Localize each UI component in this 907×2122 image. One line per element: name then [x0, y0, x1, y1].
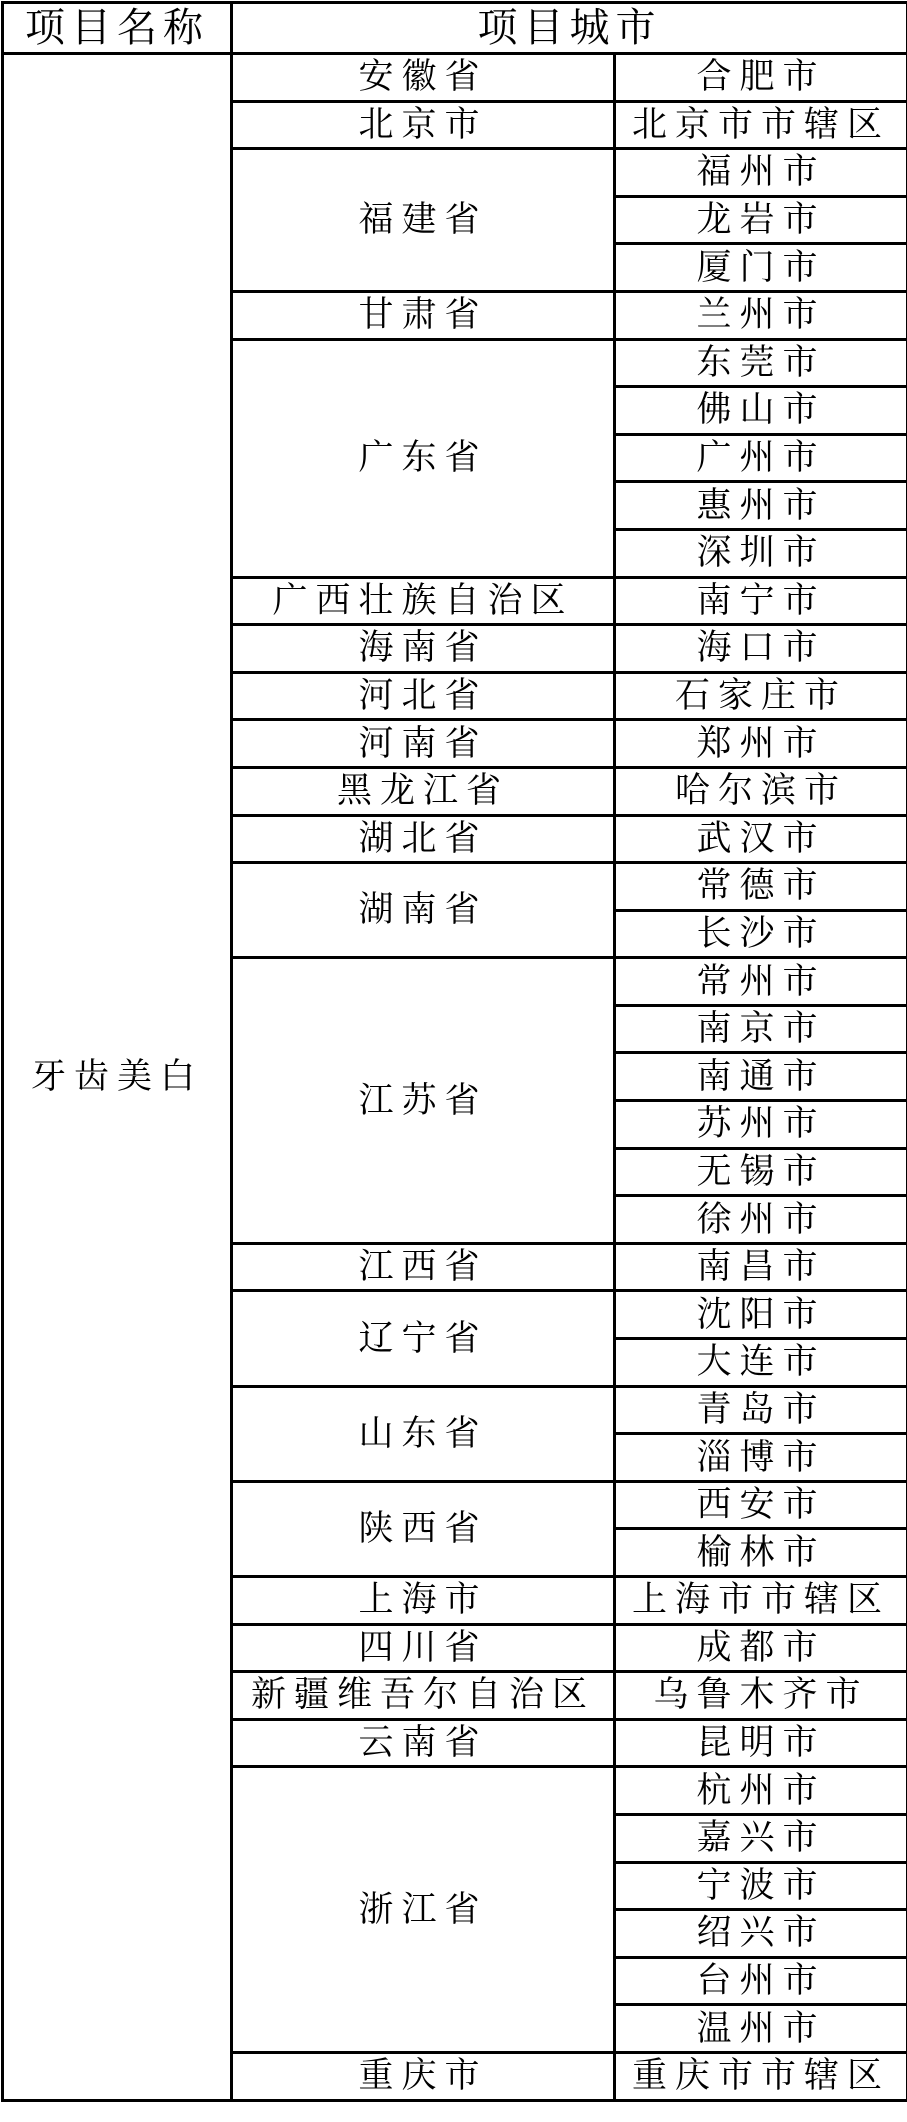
city-cell: 台州市 — [615, 1957, 907, 2005]
city-cell: 惠州市 — [615, 482, 907, 530]
province-cell: 重庆市 — [232, 2052, 615, 2100]
city-cell: 乌鲁木齐市 — [615, 1672, 907, 1720]
province-cell: 四川省 — [232, 1624, 615, 1672]
city-cell: 上海市市辖区 — [615, 1577, 907, 1625]
province-cell: 黑龙江省 — [232, 767, 615, 815]
province-cell: 福建省 — [232, 149, 615, 292]
province-cell: 北京市 — [232, 101, 615, 149]
city-cell: 榆林市 — [615, 1529, 907, 1577]
city-cell: 东莞市 — [615, 339, 907, 387]
city-cell: 昆明市 — [615, 1719, 907, 1767]
city-cell: 成都市 — [615, 1624, 907, 1672]
province-cell: 湖北省 — [232, 815, 615, 863]
province-cell: 广东省 — [232, 339, 615, 577]
city-cell: 杭州市 — [615, 1767, 907, 1815]
city-cell: 重庆市市辖区 — [615, 2052, 907, 2100]
city-cell: 武汉市 — [615, 815, 907, 863]
province-cell: 安徽省 — [232, 54, 615, 102]
province-cell: 江苏省 — [232, 958, 615, 1244]
city-cell: 温州市 — [615, 2005, 907, 2053]
province-cell: 山东省 — [232, 1386, 615, 1481]
project-city-table: 项目名称 项目城市 牙齿美白安徽省合肥市北京市北京市市辖区福建省福州市龙岩市厦门… — [1, 1, 907, 2102]
city-cell: 南宁市 — [615, 577, 907, 625]
city-cell: 苏州市 — [615, 1101, 907, 1149]
city-cell: 厦门市 — [615, 244, 907, 292]
province-cell: 湖南省 — [232, 863, 615, 958]
province-cell: 浙江省 — [232, 1767, 615, 2053]
table-row: 牙齿美白安徽省合肥市 — [3, 54, 907, 102]
city-cell: 南昌市 — [615, 1243, 907, 1291]
city-cell: 南京市 — [615, 1005, 907, 1053]
city-cell: 郑州市 — [615, 720, 907, 768]
table-body: 项目名称 项目城市 牙齿美白安徽省合肥市北京市北京市市辖区福建省福州市龙岩市厦门… — [3, 3, 907, 2101]
city-cell: 宁波市 — [615, 1862, 907, 1910]
city-cell: 常州市 — [615, 958, 907, 1006]
province-cell: 新疆维吾尔自治区 — [232, 1672, 615, 1720]
city-cell: 深圳市 — [615, 529, 907, 577]
province-cell: 海南省 — [232, 625, 615, 673]
city-cell: 徐州市 — [615, 1196, 907, 1244]
city-cell: 淄博市 — [615, 1434, 907, 1482]
header-project-city: 项目城市 — [232, 3, 907, 54]
city-cell: 福州市 — [615, 149, 907, 197]
province-cell: 上海市 — [232, 1577, 615, 1625]
city-cell: 合肥市 — [615, 54, 907, 102]
city-cell: 北京市市辖区 — [615, 101, 907, 149]
city-cell: 哈尔滨市 — [615, 767, 907, 815]
project-name-cell: 牙齿美白 — [3, 54, 232, 2101]
city-cell: 南通市 — [615, 1053, 907, 1101]
city-cell: 常德市 — [615, 863, 907, 911]
province-cell: 广西壮族自治区 — [232, 577, 615, 625]
province-cell: 陕西省 — [232, 1481, 615, 1576]
city-cell: 嘉兴市 — [615, 1814, 907, 1862]
province-cell: 辽宁省 — [232, 1291, 615, 1386]
city-cell: 绍兴市 — [615, 1910, 907, 1958]
city-cell: 兰州市 — [615, 291, 907, 339]
city-cell: 无锡市 — [615, 1148, 907, 1196]
province-cell: 河南省 — [232, 720, 615, 768]
city-cell: 沈阳市 — [615, 1291, 907, 1339]
city-cell: 长沙市 — [615, 910, 907, 958]
province-cell: 甘肃省 — [232, 291, 615, 339]
province-cell: 云南省 — [232, 1719, 615, 1767]
header-project-name: 项目名称 — [3, 3, 232, 54]
city-cell: 龙岩市 — [615, 196, 907, 244]
city-cell: 石家庄市 — [615, 672, 907, 720]
table-header-row: 项目名称 项目城市 — [3, 3, 907, 54]
city-cell: 大连市 — [615, 1339, 907, 1387]
province-cell: 江西省 — [232, 1243, 615, 1291]
city-cell: 海口市 — [615, 625, 907, 673]
province-cell: 河北省 — [232, 672, 615, 720]
city-cell: 青岛市 — [615, 1386, 907, 1434]
city-cell: 广州市 — [615, 434, 907, 482]
city-cell: 西安市 — [615, 1481, 907, 1529]
city-cell: 佛山市 — [615, 387, 907, 435]
